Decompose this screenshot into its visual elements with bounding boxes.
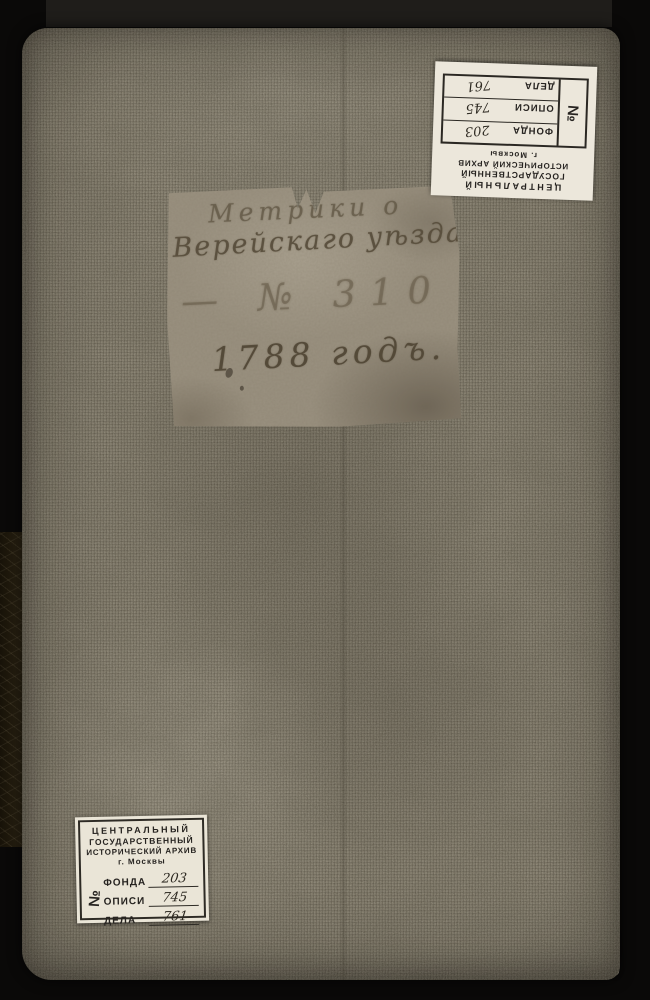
archival-book-scan: Метрики о Верейскаго уѣзда — № 310 1788 … bbox=[0, 0, 650, 1000]
fond-label: ФОНДА bbox=[507, 124, 553, 137]
handwritten-line-number: — № 310 bbox=[180, 271, 446, 320]
archive-reference-table: № ФОНДА 203 ОПИСИ 745 ДЕЛА 761 bbox=[441, 74, 589, 149]
fond-number: 203 bbox=[447, 121, 508, 139]
numero-symbol: № bbox=[564, 104, 582, 122]
archive-stamp-label-bottom: ЦЕНТРАЛЬНЫЙ ГОСУДАРСТВЕННЫЙ ИСТОРИЧЕСКИЙ… bbox=[75, 815, 209, 924]
delo-label: ДЕЛА bbox=[104, 915, 150, 927]
opis-number: 745 bbox=[149, 891, 201, 907]
delo-row: ДЕЛА 761 bbox=[444, 76, 559, 101]
numero-cell: № bbox=[557, 80, 587, 147]
opis-number: 745 bbox=[447, 99, 508, 117]
ink-blot bbox=[240, 386, 244, 391]
fond-label: ФОНДА bbox=[103, 877, 149, 889]
cloth-seam bbox=[340, 28, 347, 980]
numero-symbol: № bbox=[86, 890, 104, 908]
delo-row: ДЕЛА 761 bbox=[104, 907, 200, 927]
delo-label: ДЕЛА bbox=[508, 79, 554, 92]
numero-cell: № bbox=[85, 890, 103, 907]
opis-label: ОПИСИ bbox=[508, 101, 554, 114]
opis-label: ОПИСИ bbox=[104, 896, 150, 908]
delo-number: 761 bbox=[448, 76, 509, 94]
background-top-shadow bbox=[46, 0, 612, 27]
archive-stamp-label-top: ЦЕНТРАЛЬНЫЙ ГОСУДАРСТВЕННЫЙ ИСТОРИЧЕСКИЙ… bbox=[431, 61, 598, 201]
handwritten-title-label: Метрики о Верейскаго уѣзда — № 310 1788 … bbox=[166, 185, 461, 428]
opis-row: ОПИСИ 745 bbox=[103, 888, 199, 908]
archive-org-city: г. Москвы bbox=[85, 856, 199, 868]
handwritten-line-year: 1788 годъ. bbox=[211, 331, 447, 377]
delo-number: 761 bbox=[149, 910, 201, 926]
fond-row: ФОНДА 203 bbox=[103, 869, 199, 889]
opis-row: ОПИСИ 745 bbox=[443, 97, 558, 123]
fond-number: 203 bbox=[148, 872, 200, 888]
label-border-frame: ЦЕНТРАЛЬНЫЙ ГОСУДАРСТВЕННЫЙ ИСТОРИЧЕСКИЙ… bbox=[78, 818, 206, 921]
fond-row: ФОНДА 203 bbox=[443, 119, 558, 145]
